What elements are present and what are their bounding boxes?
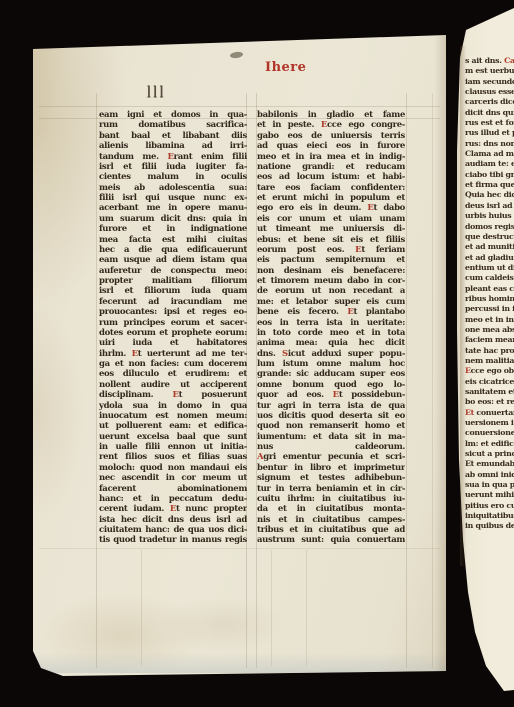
text-line: et ad munitiones bbox=[465, 242, 514, 252]
text-line: hanc: et in peccatum dedu- bbox=[99, 494, 247, 504]
ruling-line bbox=[39, 106, 440, 107]
text-line: um suarum dicit dns: quia in bbox=[99, 214, 247, 224]
text-line: uerunt excelsa baal que sunt bbox=[99, 432, 247, 442]
text-line: disciplinam. Et posuerunt bbox=[99, 390, 247, 400]
text-line: Et conuertam co bbox=[465, 408, 514, 418]
text-line: rent filios suos et filias suas bbox=[99, 452, 247, 462]
text-line: et timorem meum dabo in cor- bbox=[257, 276, 405, 286]
text-line: Clama ad me et ex bbox=[465, 149, 514, 159]
text-line: dotes eorum et prophete eorum: bbox=[99, 328, 247, 338]
text-line: meis ab adolescentia sua: bbox=[99, 183, 247, 193]
text-column-left: eam igni et domos in qua-rum domatibus s… bbox=[99, 110, 247, 547]
text-line: grande: sic adducam super eos bbox=[257, 369, 405, 379]
text-line: et erunt michi in populum et bbox=[257, 193, 405, 203]
text-line: non desinam eis benefacere: bbox=[257, 266, 405, 276]
text-line: ciuitatem hanc: de qua uos dici- bbox=[99, 525, 247, 535]
text-line: ut timeant me uniuersis di- bbox=[257, 224, 405, 234]
text-line: m est uerbum dni bbox=[465, 66, 514, 76]
text-line: isrl et filii iuda iugiter fa- bbox=[99, 162, 247, 172]
parchment-crease bbox=[141, 550, 142, 666]
text-line: inuocatum est nomen meum: bbox=[99, 411, 247, 421]
text-line: me: et letabor super eis cum bbox=[257, 297, 405, 307]
text-line: gabo eos de uniuersis terris bbox=[257, 131, 405, 141]
text-line: uiri iuda et habitatores bbox=[99, 338, 247, 348]
text-line: meo et in ira mea et in indig- bbox=[257, 152, 405, 162]
text-line: entium ut dimice bbox=[465, 263, 514, 273]
text-line: isrl et filiorum iuda quam bbox=[99, 286, 247, 296]
text-line: que destructe sun bbox=[465, 232, 514, 242]
text-line: carceris dicens: bbox=[465, 97, 514, 107]
text-line: ego ero eis in deum. Et dabo bbox=[257, 203, 405, 213]
text-line: ut polluerent eam: et edifica- bbox=[99, 421, 247, 431]
text-line: prouocantes: ipsi et reges eo- bbox=[99, 307, 247, 317]
text-line: bene eis fecero. Et plantabo bbox=[257, 307, 405, 317]
text-line: da et in ciuitatibus monta- bbox=[257, 504, 405, 514]
ruling-line bbox=[39, 548, 440, 549]
text-line: austrum sunt: quia conuertam ca- bbox=[257, 535, 405, 545]
text-line: ribus hominum q bbox=[465, 294, 514, 304]
text-line: Et emundabo illo bbox=[465, 459, 514, 469]
text-column-right: babilonis in gladio et fameet in peste. … bbox=[257, 110, 405, 547]
text-line: anima mea: quia hec dicit bbox=[257, 338, 405, 348]
text-line: ista hec dicit dns deus isrl ad bbox=[99, 515, 247, 525]
text-line: fecerunt ad iracundiam me bbox=[99, 297, 247, 307]
text-line: pitius ero cuncti bbox=[465, 501, 514, 511]
text-line: pleant eas cadau bbox=[465, 284, 514, 294]
ink-spot bbox=[230, 51, 244, 59]
text-line: eis pactum sempiternum et bbox=[257, 255, 405, 265]
text-line: de eorum ut non recedant a bbox=[257, 286, 405, 296]
text-line: filii isrl qui usque nunc ex- bbox=[99, 193, 247, 203]
quire-mark: lll bbox=[147, 85, 166, 102]
text-line: rum principes eorum et sacer- bbox=[99, 318, 247, 328]
text-line: rus illud et para bbox=[465, 128, 514, 138]
text-line: uerunt mihi: et p bbox=[465, 490, 514, 500]
facing-page-edge: s ait dns. Caplmm est uerbum dniiam secu… bbox=[452, 0, 514, 707]
text-line: propter malitiam filiorum bbox=[99, 276, 247, 286]
text-line: ebus: et bene sit eis et filiis bbox=[257, 235, 405, 245]
ruling-line bbox=[432, 93, 433, 668]
text-line: one mea abscond bbox=[465, 325, 514, 335]
text-line: facerent abominationem bbox=[99, 484, 247, 494]
text-line: sicut a principio. bbox=[465, 449, 514, 459]
parchment-crease bbox=[306, 550, 307, 666]
text-line: dicit dns qui fact bbox=[465, 108, 514, 118]
text-line: uos dicitis quod deserta sit eo bbox=[257, 411, 405, 421]
text-line: meo et in indigna bbox=[465, 315, 514, 325]
parchment-shading bbox=[33, 652, 446, 673]
text-line: mea facta est mihi ciuitas bbox=[99, 235, 247, 245]
text-line: babilonis in gladio et fame bbox=[257, 110, 405, 120]
text-line: cuitu ihrlm: in ciuitatibus iu- bbox=[257, 494, 405, 504]
facing-page-text-column: s ait dns. Caplmm est uerbum dniiam secu… bbox=[465, 56, 514, 552]
text-line: tate hac propter o bbox=[465, 346, 514, 356]
text-line: ad quas eieci eos in furore bbox=[257, 141, 405, 151]
text-line: bentur in libro et imprimetur bbox=[257, 463, 405, 473]
text-line: omne bonum quod ego lo- bbox=[257, 380, 405, 390]
text-line: ga et non facies: cum docerem bbox=[99, 359, 247, 369]
text-line: hec a die qua edificauerunt bbox=[99, 245, 247, 255]
text-line: bo eos: et reuelab bbox=[465, 397, 514, 407]
text-line: ydola sua in domo in qua bbox=[99, 401, 247, 411]
text-line: tribus et in ciuitatibus que ad bbox=[257, 525, 405, 535]
text-line: s ait dns. Caplm bbox=[465, 56, 514, 66]
text-line: domos regis iuda bbox=[465, 222, 514, 232]
text-line: tur in terra beniamin et in cir- bbox=[257, 484, 405, 494]
text-line: furore et in indignatione bbox=[99, 224, 247, 234]
text-line: faciem meam a ci bbox=[465, 335, 514, 345]
text-line: ciabo tibi grandi bbox=[465, 170, 514, 180]
text-line: sanitatem et cur bbox=[465, 387, 514, 397]
text-line: nec ascendit in cor meum ut bbox=[99, 473, 247, 483]
text-line: eos diluculo et erudirem: et bbox=[99, 369, 247, 379]
text-line: alienis libamina ad irri- bbox=[99, 141, 247, 151]
text-line: nis et in ciuitatibus campes- bbox=[257, 515, 405, 525]
text-line: tandum me. Erant enim filii bbox=[99, 152, 247, 162]
text-line: cientes malum in oculis bbox=[99, 172, 247, 182]
text-line: eorum post eos. Et feriam bbox=[257, 245, 405, 255]
ruling-line bbox=[406, 93, 407, 668]
text-line: iam secundo: cum bbox=[465, 77, 514, 87]
text-line: iniquitatibus eor bbox=[465, 511, 514, 521]
parchment-crease bbox=[271, 550, 272, 666]
text-line: rus: dns nomen ei bbox=[465, 139, 514, 149]
text-line: lum istum omne malum hoc bbox=[257, 359, 405, 369]
text-line: eis cor unum et uiam unam bbox=[257, 214, 405, 224]
text-line: ab omni iniquita bbox=[465, 470, 514, 480]
text-line: signum et testes adhibebun- bbox=[257, 473, 405, 483]
text-line: rus est et format bbox=[465, 118, 514, 128]
text-line: tur agri in terra ista de qua bbox=[257, 401, 405, 411]
text-line: nem malitiam eo bbox=[465, 356, 514, 366]
text-line: in ualle filii ennon ut initia- bbox=[99, 442, 247, 452]
text-line: nollent audire ut acciperent bbox=[99, 380, 247, 390]
text-line: Ecce ego obducam bbox=[465, 366, 514, 376]
text-line: eos ad locum istum: et habi- bbox=[257, 172, 405, 182]
text-line: iumentum: et data sit in ma- bbox=[257, 432, 405, 442]
text-line: quor ad eos. Et possidebun- bbox=[257, 390, 405, 400]
text-line: tare eos faciam confidenter: bbox=[257, 183, 405, 193]
text-line: rum domatibus sacrifica- bbox=[99, 120, 247, 130]
text-line: lm: et edificabo e bbox=[465, 439, 514, 449]
text-line: sua in qua pecca bbox=[465, 480, 514, 490]
text-line: eos in terra ista in ueritate: bbox=[257, 318, 405, 328]
running-header: Ihere bbox=[265, 60, 306, 75]
text-line: percussi in furor bbox=[465, 304, 514, 314]
text-line: acerbant me in opere manu- bbox=[99, 203, 247, 213]
text-line: Quia hec dicit dn bbox=[465, 190, 514, 200]
text-line: cerent iudam. Et nunc propter bbox=[99, 504, 247, 514]
text-line: et in peste. Ecce ego congre- bbox=[257, 120, 405, 130]
text-line: in quibus delique bbox=[465, 521, 514, 531]
text-line: cum caldeis et im bbox=[465, 273, 514, 283]
text-line: urbis huius et ad bbox=[465, 211, 514, 221]
text-line: nus caldeorum. bbox=[257, 442, 405, 452]
text-line: eis cicatricem et bbox=[465, 377, 514, 387]
manuscript-page: Ihere lll eam igni et domos in qua-rum d… bbox=[33, 35, 446, 676]
text-line: bant baal et libabant diis bbox=[99, 131, 247, 141]
text-line: Agri ementur pecunia et scri- bbox=[257, 452, 405, 462]
text-line: eam igni et domos in qua- bbox=[99, 110, 247, 120]
text-line: clausus esset in a bbox=[465, 87, 514, 97]
text-line: tis quod tradetur in manus regis bbox=[99, 535, 247, 545]
text-line: audiam te: et ann bbox=[465, 159, 514, 169]
ruling-line bbox=[96, 93, 97, 668]
text-line: natione grandi: et reducam bbox=[257, 162, 405, 172]
text-line: et firma que nesc bbox=[465, 180, 514, 190]
text-line: ihrlm. Et uerterunt ad me ter- bbox=[99, 349, 247, 359]
text-line: conuersionem ihr bbox=[465, 428, 514, 438]
text-line: quod non remanserit homo et bbox=[257, 421, 405, 431]
text-line: dns. Sicut adduxi super popu- bbox=[257, 349, 405, 359]
text-line: deus isrl ad dom bbox=[465, 201, 514, 211]
text-line: in toto corde meo et in tota bbox=[257, 328, 405, 338]
text-line: eam usque ad diem istam qua bbox=[99, 255, 247, 265]
text-line: auferetur de conspectu meo: bbox=[99, 266, 247, 276]
photo-backdrop: Ihere lll eam igni et domos in qua-rum d… bbox=[0, 0, 514, 707]
text-line: uersionem iuda e bbox=[465, 418, 514, 428]
text-line: et ad gladium uen bbox=[465, 253, 514, 263]
text-line: moloch: quod non mandaui eis bbox=[99, 463, 247, 473]
